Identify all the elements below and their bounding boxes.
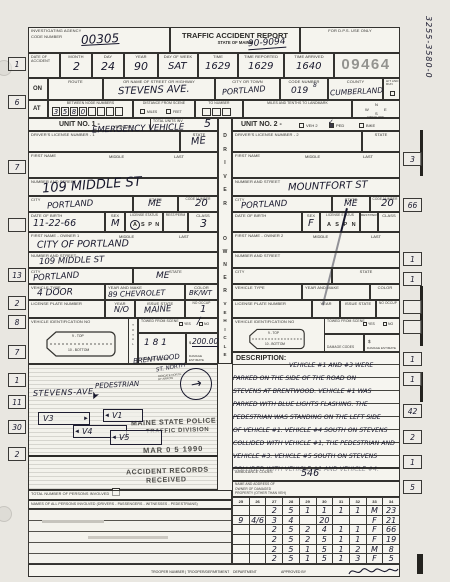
day-of-week-value: SAT xyxy=(168,61,187,72)
right-margin-code-box: 3 xyxy=(403,152,422,166)
diagram-heavy-line xyxy=(28,455,218,457)
grid-cell-value: 5 xyxy=(322,554,327,563)
landmark-cell: MILES AND TENTHS TO LANDMARK xyxy=(243,100,352,118)
unit2-owner-state-label: STATE xyxy=(333,269,399,275)
vehicle-label: V1 xyxy=(112,411,123,420)
ped-checkmark: ✓ xyxy=(328,118,334,126)
unit1-city-state-cell: STATE ME xyxy=(133,196,178,212)
unit1-city-code-cell: CODE NUMBER 20 xyxy=(178,196,218,212)
unit2-plate-cell: LICENSE PLATE NUMBER xyxy=(232,300,312,318)
time-reported-cell: TIME REPORTED 1629 xyxy=(238,53,284,78)
description-text: PARKED WITH BLUE LIGHTS FLASHING. THE xyxy=(233,401,368,408)
grid-cell: F xyxy=(367,554,384,564)
grid-cell-value: 1 xyxy=(305,554,310,563)
unit1-car-top-label: 9 - TOP xyxy=(72,334,84,338)
to-number-label: TO NUMBER xyxy=(196,101,242,106)
unit1-city-value: PORTLAND xyxy=(47,198,94,211)
unit1-sex-value: M xyxy=(111,218,120,229)
unit2-occup-cell: NO OCCUP xyxy=(376,300,400,318)
north-arrow-circle: → xyxy=(180,368,212,400)
unit1-color-cell: COLOR BK/WT xyxy=(185,284,218,300)
diagram-vehicle-v5: ◄V5 xyxy=(110,430,162,445)
right-margin-code-box xyxy=(403,300,422,314)
unit2-city-cell: CITY PORTLAND xyxy=(232,196,332,212)
dps-cell: FOR D.P.S. USE ONLY xyxy=(300,27,400,53)
unit1-state-cell: STATE ME xyxy=(180,131,218,152)
total-persons-label: TOTAL NUMBER OF PERSONS INVOLVED xyxy=(29,491,231,496)
footer-strip: TROOPER NUMBER | TROOPER/DEPARTMENT DEPA… xyxy=(28,564,400,577)
scan-smudge xyxy=(417,554,423,574)
street-label: OR NAME OF STREET OR HIGHWAY xyxy=(104,79,214,85)
grid-cell xyxy=(233,554,250,564)
unit1-status-options: S P N xyxy=(141,222,160,228)
grid-cell xyxy=(250,545,267,555)
unit1-vehicle-type-cell: VEHICLE TYPE 4 DOOR xyxy=(28,284,105,300)
grid-col-header: 31 xyxy=(333,498,350,506)
city-town-label: CITY OR TOWN xyxy=(216,79,279,85)
grid-cell-value: 8 xyxy=(389,545,394,554)
description-lines: VEHICLE #1 AND #3 WEREPARKED ON THE SIDE… xyxy=(233,352,399,469)
grid-cell-value: 1 xyxy=(338,525,343,534)
unit1-year-make-value: 89 CHEVROLET xyxy=(108,288,166,299)
unit2-city-code-cell: CODE NUMBER 20 xyxy=(370,196,400,212)
bike-checkbox xyxy=(359,123,364,128)
unit1-owner-state-label: STATE xyxy=(134,269,217,275)
unit2-license-status-label: LICENSE STATUS xyxy=(321,213,359,218)
grid-cell: 4/6 xyxy=(250,516,267,526)
ambulance-codes-value: 546 xyxy=(301,468,319,479)
unit1-name-cell: FIRST NAME MIDDLE LAST xyxy=(28,152,218,178)
unit1-city-state-value: ME xyxy=(148,199,161,209)
node-digit-box: 3 xyxy=(52,107,60,116)
grid-cell-value: 1 xyxy=(338,545,343,554)
grid-cell: 1 xyxy=(317,506,334,516)
grid-cell-value: 5 xyxy=(389,554,394,563)
grid-cell: 2 xyxy=(266,506,283,516)
unit2-owner-name-cell: FIRST NAME - OWNER 2 MIDDLE LAST xyxy=(232,232,400,252)
grid-cell: 5 xyxy=(283,535,300,545)
unit1-class-value: 3 xyxy=(200,217,207,230)
route-cell: ROUTE xyxy=(48,78,103,100)
towed-no-label: NO xyxy=(204,322,209,326)
vehicle-section-label: V E H I C L E xyxy=(218,300,232,360)
left-margin-code-value: 1 xyxy=(15,376,20,385)
unit1-owner-value: CITY OF PORTLAND xyxy=(37,238,129,251)
node-digit-value: 3 xyxy=(54,108,58,116)
to-number-box xyxy=(222,108,231,116)
grid-cell-value: 2 xyxy=(305,525,310,534)
feet-label: FEET xyxy=(173,110,182,114)
left-margin-code-value: 2 xyxy=(15,299,20,308)
right-margin-code-value: 5 xyxy=(410,483,415,492)
node-numbers-cell: BETWEEN NODE NUMBERS 3580 xyxy=(48,100,133,118)
veh2-label: VEH 2 xyxy=(306,123,318,128)
grid-cell: 66 xyxy=(383,525,400,535)
compass-e: E xyxy=(384,107,387,112)
city-town-value: PORTLAND xyxy=(222,84,266,97)
grid-cell: 3 xyxy=(350,554,367,564)
approval-signature xyxy=(347,565,399,578)
unit2-occup-label: NO OCCUP xyxy=(377,301,399,306)
vehicle-label: V3 xyxy=(43,414,54,423)
grid-cell-value: 1 xyxy=(338,506,343,515)
grid-cell: 3 xyxy=(266,516,283,526)
right-margin-code-value: 1 xyxy=(410,355,415,364)
grid-cell-value: 5 xyxy=(288,506,293,515)
right-margin-code-value: 66 xyxy=(408,201,418,210)
scan-smudge xyxy=(420,286,423,346)
date-of-accident-label: DATE OF ACCIDENT xyxy=(29,54,59,63)
unit2-header-cell: UNIT NO. 2 - VEH 2 ✓ PED BIKE xyxy=(232,118,400,131)
description-text: STEVENS AT BRENTWOOD. VEHICLE #1 WAS xyxy=(233,388,372,395)
description-text: PEDESTRIAN WAS STANDING ON THE LEFT SIDE xyxy=(233,414,381,421)
compass-n: N xyxy=(375,102,378,107)
grid-cell-value: 5 xyxy=(322,545,327,554)
left-margin-code-value: 6 xyxy=(15,98,20,107)
grid-cell-value: 3 xyxy=(355,554,360,563)
grid-cell: 2 xyxy=(300,525,317,535)
left-margin-code-value: 2 xyxy=(15,450,20,459)
grid-cell-value: 23 xyxy=(386,506,396,515)
damaged-property-label-3: PROPERTY (OTHER THAN VEH) xyxy=(233,491,399,496)
grid-cell: 1 xyxy=(350,535,367,545)
unit1-estimate-currency: $ xyxy=(189,340,191,345)
unit1-license-status-label: LICENSE STATUS xyxy=(126,213,162,218)
grid-cell-value: 2 xyxy=(272,506,277,515)
unit2-damage-estimate-cell: $ DAMAGE ESTIMATE xyxy=(364,334,400,352)
dps-label: FOR D.P.S. USE ONLY xyxy=(301,28,399,34)
unit1-city-cell: CITY PORTLAND xyxy=(28,196,133,212)
unit1-rest-perm-cell: REST/PERM xyxy=(163,212,188,232)
unit2-towed-no-label: NO xyxy=(388,322,393,326)
time-label: TIME xyxy=(199,54,237,60)
unit1-state-value: ME xyxy=(190,135,206,148)
unit1-damage-estimate-cell: $ 200.00 DAMAGE ESTIMATE xyxy=(186,333,218,364)
unit1-occup-value: 1 xyxy=(200,304,206,315)
left-margin-code-box: 30 xyxy=(8,420,26,434)
node-digit-value: 0 xyxy=(81,108,85,116)
unit2-damage-estimate-label: DAMAGE ESTIMATE xyxy=(365,346,396,350)
ambulance-codes-cell: AMBULANCE CODES 546 xyxy=(232,468,400,481)
trooper-label: TROOPER NUMBER | TROOPER/DEPARTMENT xyxy=(151,570,229,574)
unit2-city-code-value: 20 xyxy=(381,198,394,209)
unit1-owner-state-cell: STATE ME xyxy=(133,268,218,284)
unit2-year-make-cell: YEAR AND MAKE xyxy=(302,284,370,300)
punch-hole xyxy=(0,506,12,522)
unit2-owner-city-label: CITY xyxy=(233,269,331,275)
right-margin-code-value: 3 xyxy=(410,155,415,164)
left-margin-code-box: 2 xyxy=(8,447,26,461)
grid-cell-value: 4/6 xyxy=(251,516,264,525)
year-cell: YEAR 90 xyxy=(124,53,158,78)
unit1-owner-name-cell: FIRST NAME - OWNER 1 MIDDLE LAST CITY OF… xyxy=(28,232,218,252)
at-label: AT xyxy=(33,106,41,112)
grid-cell-value: F xyxy=(372,525,377,534)
unit2-towed-cell: TOWED FROM SCENE YES NO xyxy=(324,318,400,334)
day-cell: DAY 24 xyxy=(92,53,124,78)
vehicle-direction-arrow-icon: ◄ xyxy=(111,435,117,441)
unit2-vehicle-type-label: VEHICLE TYPE xyxy=(233,285,301,291)
city-code-label: CODE NUMBER xyxy=(281,79,327,85)
grid-col-header: 32 xyxy=(350,498,367,506)
description-text: OF VEHICLE #1. VEHICLE #4 SOUTH ON STEVE… xyxy=(233,427,388,434)
street-cell: OR NAME OF STREET OR HIGHWAY STEVENS AVE… xyxy=(103,78,215,100)
unit2-name-cell: FIRST NAME MIDDLE LAST xyxy=(232,152,400,178)
feet-checkbox xyxy=(166,109,171,114)
vehicle-direction-arrow-icon: ► xyxy=(83,416,89,422)
grid-cell-value: 1 xyxy=(322,506,327,515)
vehicle-direction-arrow-icon: ◄ xyxy=(104,413,110,419)
grid-cell xyxy=(300,516,317,526)
grid-cell: M xyxy=(367,506,384,516)
grid-cell: 5 xyxy=(317,535,334,545)
towed-yes-checkbox xyxy=(179,322,183,326)
grid-cell-value: 1 xyxy=(355,525,360,534)
unit2-damage-codes-label: DAMAGE CODES xyxy=(325,345,354,350)
day-of-week-cell: DAY OF WEEK SAT xyxy=(158,53,198,78)
grid-col-header: 27 xyxy=(266,498,283,506)
unit1-plate-year-cell: YEAR N/O xyxy=(105,300,135,318)
unit1-sex-cell: SEX M xyxy=(105,212,125,232)
left-margin-code-value: 30 xyxy=(12,423,22,432)
unit2-issue-state-cell: ISSUE STATE xyxy=(340,300,376,318)
grid-cell: F xyxy=(367,516,384,526)
grid-cell-value: 2 xyxy=(355,545,360,554)
grid-cell-value: 1 xyxy=(305,545,310,554)
left-margin-code-box: 7 xyxy=(8,345,26,359)
hit-run-cell: HIT AND RUN xyxy=(383,78,400,100)
grid-cell-value: M xyxy=(371,545,378,554)
year-label: YEAR xyxy=(125,54,157,60)
unit2-dob-cell: DATE OF BIRTH xyxy=(232,212,302,232)
right-margin-code-value: 42 xyxy=(408,407,418,416)
street-value: STEVENS AVE. xyxy=(118,84,190,97)
grid-cell-value: F xyxy=(372,535,377,544)
unit1-license-status-cell: LICENSE STATUS A S P N xyxy=(125,212,163,232)
grid-cell-value: 2 xyxy=(272,535,277,544)
stamp-received: RECEIVED xyxy=(146,476,187,484)
grid-cell: 2 xyxy=(350,545,367,555)
towed-yes-label: YES xyxy=(184,322,191,326)
unit1-rest-perm-label: REST/PERM xyxy=(164,213,187,218)
unit1-issue-state-value: MAINE xyxy=(144,304,172,316)
grid-cell: 1 xyxy=(300,545,317,555)
unit2-damage-codes-cell: DAMAGE CODES xyxy=(324,334,364,352)
node-digit-box xyxy=(106,107,114,116)
compass-cell: N W E S CIRCLE ONE xyxy=(352,100,400,118)
grid-cell: 5 xyxy=(283,506,300,516)
unit1-owner-street-cell: NUMBER AND STREET 109 MIDDLE ST xyxy=(28,252,218,268)
grid-cell-value: 1 xyxy=(305,506,310,515)
names-involved-label: NAMES OF ALL PERSONS INVOLVED (DRIVERS -… xyxy=(29,501,231,506)
grid-col-header: 30 xyxy=(317,498,334,506)
grid-cell: 1 xyxy=(333,545,350,555)
grid-cell: 5 xyxy=(383,554,400,564)
north-arrow-icon: → xyxy=(189,376,203,393)
left-margin-code-box: 2 xyxy=(8,296,26,310)
node-digit-box xyxy=(88,107,96,116)
left-margin-code-box: 13 xyxy=(8,268,26,282)
scan-smudge xyxy=(42,520,104,523)
unit1-plate-cell: LICENSE PLATE NUMBER xyxy=(28,300,105,318)
grid-cell-value: 4 xyxy=(288,516,293,525)
grid-cell: 1 xyxy=(350,506,367,516)
county-label: COUNTY xyxy=(329,79,382,85)
unit2-issue-state-label: ISSUE STATE xyxy=(341,301,375,307)
time-reported-label: TIME REPORTED xyxy=(239,54,283,60)
grid-cell-value: 20 xyxy=(319,516,329,525)
towed-no-mark: ∕ xyxy=(197,316,200,327)
county-cell: COUNTY CUMBERLAND xyxy=(328,78,383,100)
driver-section-label: D R I V E R xyxy=(218,130,232,211)
grid-cell-value: 2 xyxy=(272,554,277,563)
on-label: ON xyxy=(33,86,42,92)
veh2-checkbox xyxy=(299,123,304,128)
left-margin-code-box: 11 xyxy=(8,395,26,409)
unit2-sex-value: F xyxy=(308,218,314,229)
grid-cell-value: F xyxy=(372,516,377,525)
unit2-last-label: LAST xyxy=(363,154,373,159)
right-margin-code-box: 1 xyxy=(403,272,422,286)
grid-cell: 4 xyxy=(317,525,334,535)
landmark-label: MILES AND TENTHS TO LANDMARK xyxy=(244,101,351,106)
left-margin-code-value: 7 xyxy=(15,163,20,172)
unit2-class-cell: CLASS xyxy=(378,212,400,232)
right-margin-code-value: 2 xyxy=(410,433,415,442)
grid-col-header: 33 xyxy=(367,498,384,506)
grid-col-header: 28 xyxy=(283,498,300,506)
route-label: ROUTE xyxy=(49,79,102,85)
owner-section-label: O W N E R xyxy=(218,233,232,298)
approved-by-label: APPROVED BY xyxy=(281,570,306,574)
unit1-car-bottom-label: 10 - BOTTOM xyxy=(68,348,89,352)
grid-cell: 1 xyxy=(333,525,350,535)
total-units-value: 5 xyxy=(204,117,211,130)
grid-cell: 9 xyxy=(233,516,250,526)
unit1-owner-city-value: PORTLAND xyxy=(33,270,80,283)
unit1-year-make-cell: YEAR AND MAKE 89 CHEVROLET xyxy=(105,284,185,300)
department-label: DEPARTMENT xyxy=(233,570,257,574)
unit1-plate-year-value: N/O xyxy=(114,305,129,314)
grid-cell-value: 21 xyxy=(386,516,396,525)
unit2-owner-street-cell: NUMBER AND STREET xyxy=(232,252,400,268)
vehicle-label: V5 xyxy=(119,433,130,442)
grid-cell: 1 xyxy=(333,535,350,545)
grid-cell: 1 xyxy=(350,525,367,535)
grid-cell-value: M xyxy=(371,506,378,515)
unit2-license-label: DRIVER'S LICENSE NUMBER - 2 xyxy=(233,132,361,138)
unit1-damage-codes-value: 1 8 1 xyxy=(144,338,167,348)
unit2-license-cell: DRIVER'S LICENSE NUMBER - 2 xyxy=(232,131,362,152)
grid-cell-value: 2 xyxy=(272,545,277,554)
dps-stamp-cell xyxy=(334,53,400,78)
grid-col-header: 25 xyxy=(233,498,250,506)
node-numbers-label: BETWEEN NODE NUMBERS xyxy=(49,101,132,106)
unit1-issue-state-cell: ISSUE STATE MAINE xyxy=(135,300,185,318)
grid-cell-value: 5 xyxy=(288,554,293,563)
grid-cell xyxy=(233,535,250,545)
city-code-suffix: 8 xyxy=(313,82,317,89)
hit-run-checkbox xyxy=(390,91,395,96)
grid-cell-value: 5 xyxy=(322,535,327,544)
unit1-last-label: LAST xyxy=(174,154,184,159)
grid-cell: 5 xyxy=(283,545,300,555)
grid-cell-value: 1 xyxy=(338,535,343,544)
grid-cell xyxy=(250,506,267,516)
right-margin-code-box xyxy=(403,320,422,334)
right-margin-code-value: 1 xyxy=(410,375,415,384)
time-arrived-cell: TIME ARRIVED 1640 xyxy=(284,53,334,78)
grid-cell: M xyxy=(367,545,384,555)
description-text: VEHICLE #1 AND #3 WERE xyxy=(289,362,373,369)
node-digit-box xyxy=(97,107,105,116)
city-code-value: 019 xyxy=(291,86,308,96)
grid-cell: 2 xyxy=(266,525,283,535)
right-margin-code-box: 66 xyxy=(403,198,422,212)
unit2-class-label: CLASS xyxy=(379,213,399,219)
left-margin-code-box xyxy=(8,218,26,232)
grid-cell-value: 1 xyxy=(355,506,360,515)
node-digit-boxes: 3580 xyxy=(52,107,123,116)
time-reported-value: 1629 xyxy=(248,61,273,72)
time-arrived-label: TIME ARRIVED xyxy=(285,54,333,60)
compass-w: W xyxy=(365,107,369,112)
grid-cell: 23 xyxy=(383,506,400,516)
grid-cell xyxy=(233,525,250,535)
grid-cell-value: 1 xyxy=(338,554,343,563)
unit2-city-value: PORTLAND xyxy=(241,199,288,211)
unit1-damage-estimate-label: DAMAGE ESTIMATE xyxy=(187,354,217,362)
node-digit-value: 5 xyxy=(63,108,67,116)
unit1-damage-estimate-value: 200.00 xyxy=(192,337,218,347)
unit1-class-cell: CLASS 3 xyxy=(188,212,218,232)
description-line: VEHICLE #1 AND #3 WERE xyxy=(233,352,399,365)
grid-cell: 1 xyxy=(300,506,317,516)
grid-cell-value: 19 xyxy=(386,535,396,544)
grid-cell: 2 xyxy=(266,554,283,564)
unit2-owner-state-cell: STATE xyxy=(332,268,400,284)
stats-grid: 25262728293031323334251111M2394/63420F21… xyxy=(232,497,400,564)
unit2-owner-last-label: LAST xyxy=(371,234,381,239)
unit1-plate-label: LICENSE PLATE NUMBER xyxy=(29,301,104,307)
unit2-header: UNIT NO. 2 - xyxy=(241,121,282,128)
grid-col-header: 29 xyxy=(300,498,317,506)
on-cell: ON xyxy=(28,78,48,100)
grid-cell: F xyxy=(367,535,384,545)
unit1-owner-street-value: 109 MIDDLE ST xyxy=(39,255,105,267)
unit1-occup-cell: NO OCCUP 1 xyxy=(185,300,218,318)
description-text: VEHICLE #3. VEHICLE #5 SOUTH ON STEVENS xyxy=(233,453,377,460)
right-margin-code-box: 42 xyxy=(403,404,422,418)
grid-cell-value: F xyxy=(372,554,377,563)
at-cell: AT xyxy=(28,100,48,118)
left-margin-code-box: 8 xyxy=(8,315,26,329)
total-persons-cell: TOTAL NUMBER OF PERSONS INVOLVED xyxy=(28,490,232,500)
damaged-property-cell: NAME AND ADDRESS OF OWNER OF DAMAGED PRO… xyxy=(232,481,400,497)
to-number-cell: TO NUMBER xyxy=(195,100,243,118)
names-header-cell: NAMES OF ALL PERSONS INVOLVED (DRIVERS -… xyxy=(28,500,232,509)
distance-from-scene-label: DISTANCE FROM SCENE xyxy=(134,101,194,106)
grid-col-header: 26 xyxy=(250,498,267,506)
grid-cell-value: 5 xyxy=(288,525,293,534)
grid-cell-value: 5 xyxy=(288,545,293,554)
unit1-owner-state-value: ME xyxy=(156,271,169,281)
vehicle-direction-arrow-icon: ◄ xyxy=(74,429,80,435)
left-margin-code-value: 1 xyxy=(15,60,20,69)
grid-cell xyxy=(250,535,267,545)
unit1-color-value: BK/WT xyxy=(189,289,212,297)
bike-label: BIKE xyxy=(366,123,375,128)
